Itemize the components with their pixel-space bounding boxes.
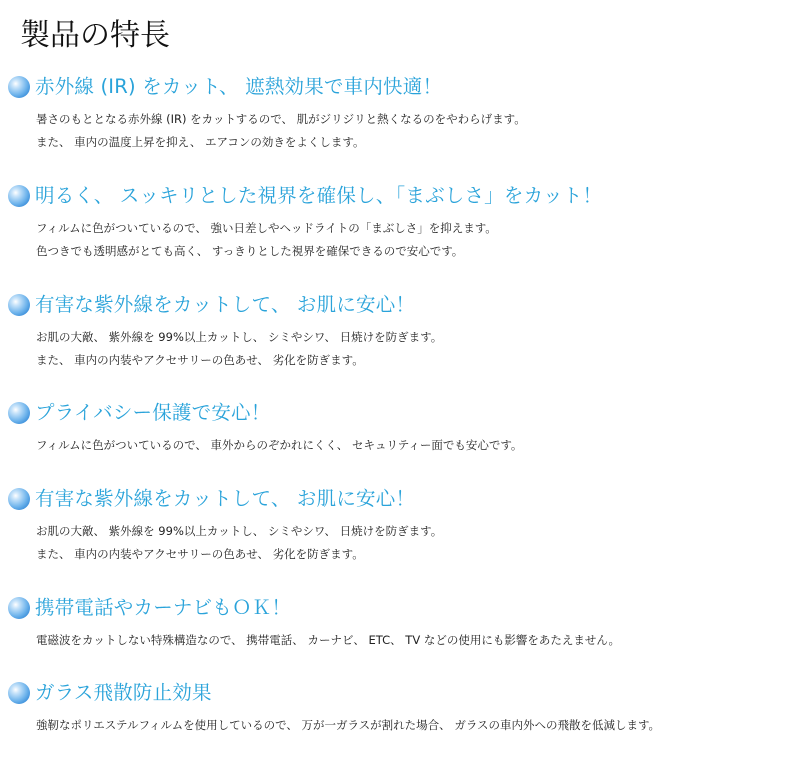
feature-text-line: お肌の大敵、 紫外線を 99%以上カットし、 シミやシワ、 日焼けを防ぎます。	[36, 326, 442, 349]
feature-text-line: また、 車内の内装やアクセサリーの色あせ、 劣化を防ぎます。	[36, 543, 442, 566]
feature-heading: ガラス飛散防止効果	[8, 678, 212, 708]
page-title: 製品の特長	[20, 16, 170, 56]
feature-text-line: また、 車内の内装やアクセサリーの色あせ、 劣化を防ぎます。	[36, 349, 442, 372]
feature-description: お肌の大敵、 紫外線を 99%以上カットし、 シミやシワ、 日焼けを防ぎます。 …	[36, 520, 442, 566]
feature-title: 有害な紫外線をカットして、 お肌に安心！	[35, 290, 415, 320]
feature-title: ガラス飛散防止効果	[35, 678, 212, 708]
feature-text-line: 電磁波をカットしない特殊構造なので、 携帯電話、 カーナビ、 ETC、 TV な…	[36, 629, 620, 652]
blue-sphere-bullet-icon	[8, 76, 30, 98]
blue-sphere-bullet-icon	[8, 597, 30, 619]
blue-sphere-bullet-icon	[8, 682, 30, 704]
feature-title: 携帯電話やカーナビもＯＫ！	[35, 593, 291, 623]
feature-description: 強靭なポリエステルフィルムを使用しているので、 万が一ガラスが割れた場合、 ガラ…	[36, 714, 660, 737]
feature-description: フィルムに色がついているので、 車外からのぞかれにくく、 セキュリティー面でも安…	[36, 434, 522, 457]
feature-description: お肌の大敵、 紫外線を 99%以上カットし、 シミやシワ、 日焼けを防ぎます。 …	[36, 326, 442, 372]
feature-heading: プライバシー保護で安心！	[8, 398, 270, 428]
blue-sphere-bullet-icon	[8, 185, 30, 207]
feature-heading: 明るく、 スッキリとした視界を確保し、「まぶしさ」をカット！	[8, 181, 602, 211]
feature-description: 電磁波をカットしない特殊構造なので、 携帯電話、 カーナビ、 ETC、 TV な…	[36, 629, 620, 652]
feature-title: 赤外線 (IR) をカット、 遮熱効果で車内快適！	[35, 72, 442, 102]
feature-title: 有害な紫外線をカットして、 お肌に安心！	[35, 484, 415, 514]
feature-heading: 携帯電話やカーナビもＯＫ！	[8, 593, 291, 623]
feature-text-line: また、 車内の温度上昇を抑え、 エアコンの効きをよくします。	[36, 131, 526, 154]
feature-text-line: フィルムに色がついているので、 強い日差しやヘッドライトの「まぶしさ」を抑えます…	[36, 217, 497, 240]
feature-title: 明るく、 スッキリとした視界を確保し、「まぶしさ」をカット！	[35, 181, 602, 211]
feature-heading: 赤外線 (IR) をカット、 遮熱効果で車内快適！	[8, 72, 442, 102]
feature-text-line: 色つきでも透明感がとても高く、 すっきりとした視界を確保できるので安心です。	[36, 240, 497, 263]
feature-title: プライバシー保護で安心！	[35, 398, 270, 428]
blue-sphere-bullet-icon	[8, 402, 30, 424]
feature-text-line: フィルムに色がついているので、 車外からのぞかれにくく、 セキュリティー面でも安…	[36, 434, 522, 457]
feature-text-line: 強靭なポリエステルフィルムを使用しているので、 万が一ガラスが割れた場合、 ガラ…	[36, 714, 660, 737]
feature-text-line: 暑さのもととなる赤外線 (IR) をカットするので、 肌がジリジリと熱くなるのを…	[36, 108, 526, 131]
blue-sphere-bullet-icon	[8, 294, 30, 316]
feature-description: フィルムに色がついているので、 強い日差しやヘッドライトの「まぶしさ」を抑えます…	[36, 217, 497, 263]
blue-sphere-bullet-icon	[8, 488, 30, 510]
feature-heading: 有害な紫外線をカットして、 お肌に安心！	[8, 290, 415, 320]
feature-text-line: お肌の大敵、 紫外線を 99%以上カットし、 シミやシワ、 日焼けを防ぎます。	[36, 520, 442, 543]
feature-heading: 有害な紫外線をカットして、 お肌に安心！	[8, 484, 415, 514]
feature-description: 暑さのもととなる赤外線 (IR) をカットするので、 肌がジリジリと熱くなるのを…	[36, 108, 526, 154]
